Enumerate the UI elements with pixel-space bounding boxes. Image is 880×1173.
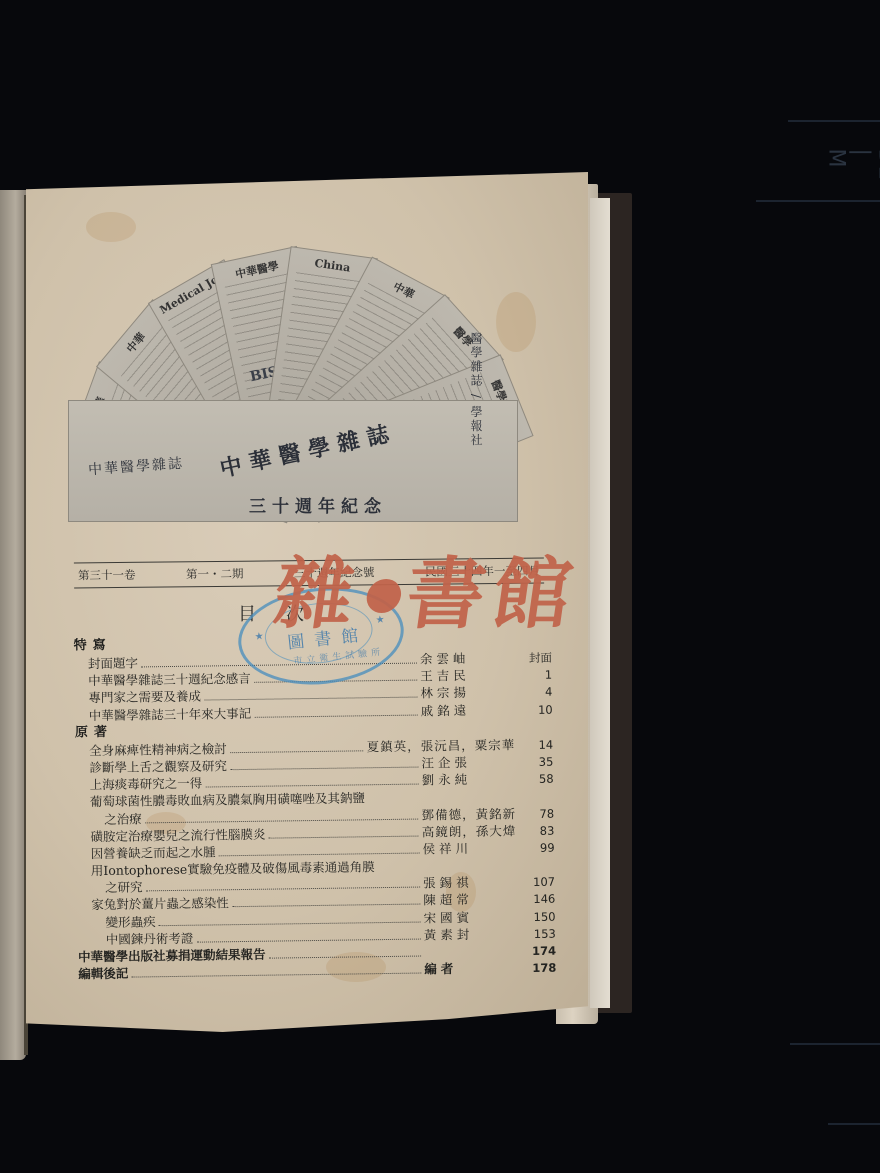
leader-dots bbox=[230, 741, 364, 753]
foxing-spot bbox=[86, 212, 136, 242]
leader-dots bbox=[378, 860, 514, 871]
leader-dots bbox=[268, 826, 419, 838]
background-line bbox=[756, 200, 880, 202]
leader-dots bbox=[145, 809, 419, 823]
leader-dots bbox=[232, 895, 421, 908]
background-line bbox=[788, 120, 880, 122]
anniversary-fan-illustration: 中華 中華 Medical Journal 中華醫學BIS China 中華 醫… bbox=[68, 252, 518, 522]
leader-dots bbox=[254, 705, 418, 717]
background-line bbox=[790, 1043, 880, 1045]
leader-dots bbox=[368, 792, 513, 803]
leader-dots bbox=[268, 947, 421, 959]
illustration-right-label: 醫學雜誌 / 學報社 bbox=[468, 332, 485, 448]
leader-dots bbox=[219, 843, 420, 856]
left-page-edge bbox=[0, 190, 26, 1060]
page-stack-inner bbox=[590, 198, 610, 1008]
background-frame-text: BE | M bbox=[824, 149, 880, 187]
volume-label: 第三十一卷 bbox=[78, 567, 136, 584]
star-icon: ★ bbox=[254, 631, 264, 643]
issue-label: 第一・二期 bbox=[186, 566, 244, 583]
watermark: 雜書館 bbox=[268, 532, 588, 644]
watermark-right: 書館 bbox=[401, 549, 586, 640]
leader-dots bbox=[196, 929, 421, 942]
watermark-dot bbox=[365, 579, 404, 613]
watermark-left: 雜 bbox=[269, 549, 368, 640]
leader-dots bbox=[204, 688, 418, 701]
leader-dots bbox=[146, 878, 421, 892]
background-line bbox=[828, 1123, 880, 1125]
illustration-subtitle: 三十週年紀念 bbox=[218, 492, 418, 517]
leader-dots bbox=[131, 964, 421, 978]
leader-dots bbox=[159, 912, 421, 926]
leader-dots bbox=[205, 775, 419, 788]
leader-dots bbox=[230, 757, 419, 770]
